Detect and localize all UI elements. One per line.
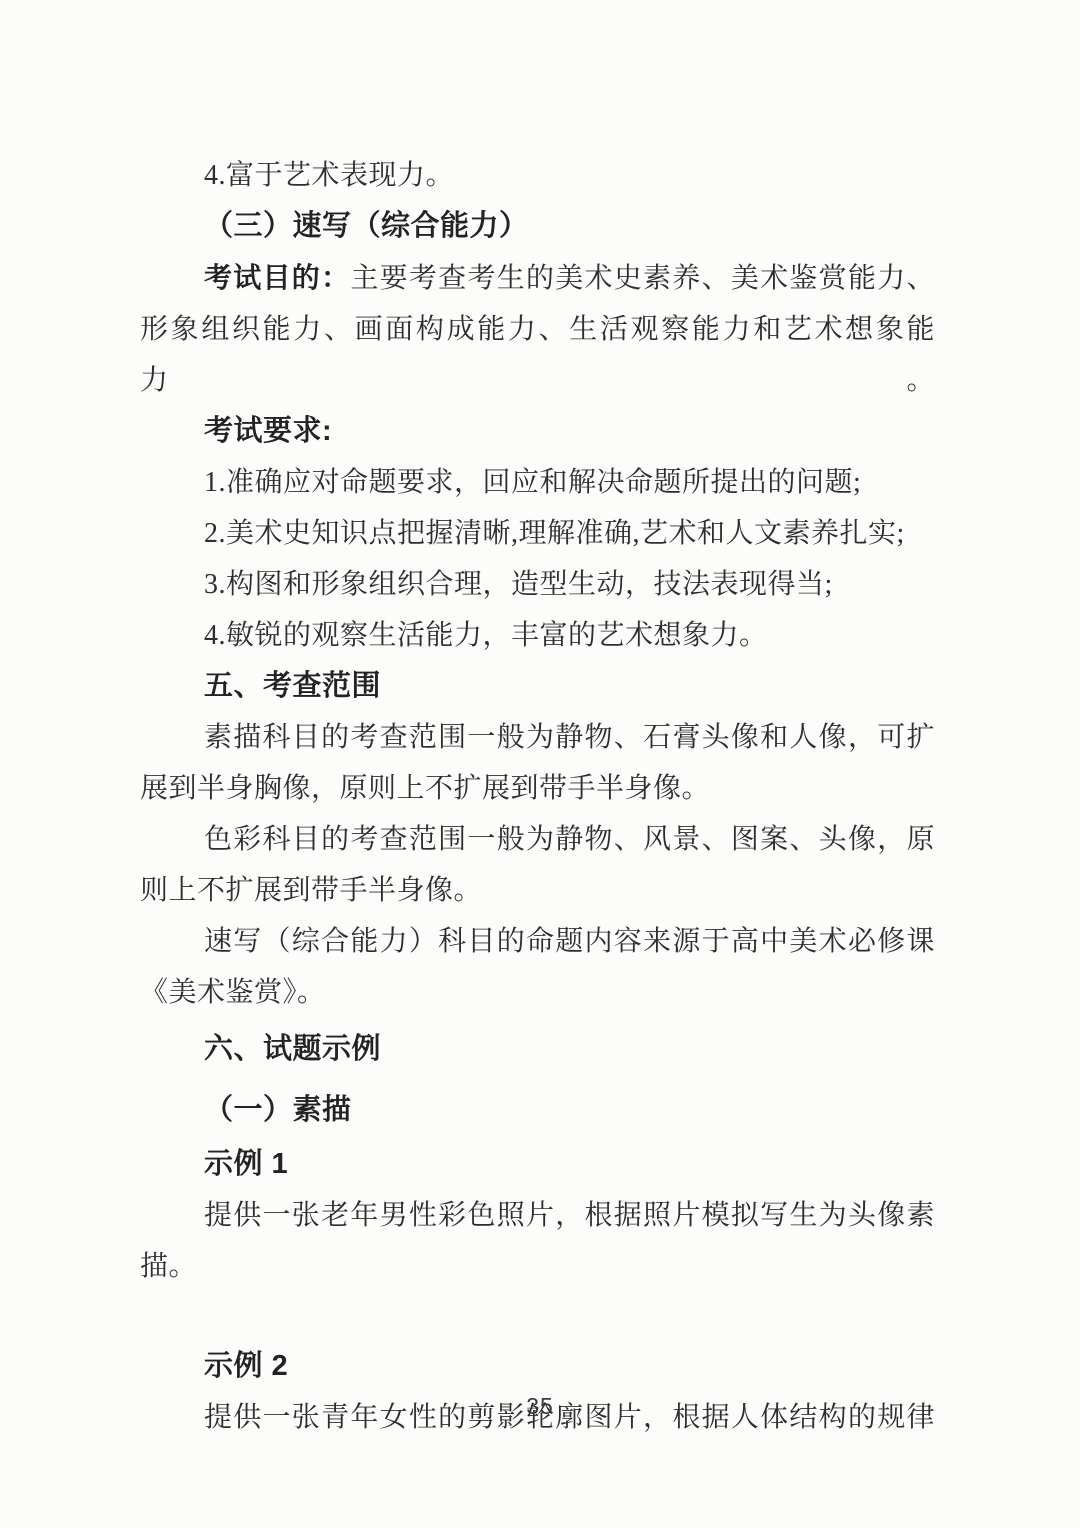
paragraph-exam-purpose-line1: 考试目的：主要考查考生的美术史素养、美术鉴赏能力、: [140, 252, 935, 304]
page-number: 35: [0, 1393, 1080, 1420]
requirement-item-4: 4.敏锐的观察生活能力，丰富的艺术想象力。: [140, 610, 935, 661]
document-page: 4.富于艺术表现力。 （三）速写（综合能力） 考试目的：主要考查考生的美术史素养…: [0, 0, 1080, 1528]
paragraph-suxie-line1: 速写（综合能力）科目的命题内容来源于高中美术必修课: [140, 916, 935, 967]
exam-purpose-label: 考试目的：: [204, 262, 350, 293]
section-heading-kaocha-fanwei: 五、考查范围: [140, 661, 935, 712]
example-1-text-line2: 描。: [140, 1241, 935, 1292]
section-heading-suxie: （三）速写（综合能力）: [140, 201, 935, 252]
requirement-item-2: 2.美术史知识点把握清晰,理解准确,艺术和人文素养扎实;: [140, 508, 935, 559]
paragraph-secai-line1: 色彩科目的考查范围一般为静物、风景、图案、头像，原: [140, 814, 935, 865]
example-1-text-line1: 提供一张老年男性彩色照片，根据照片模拟写生为头像素: [140, 1190, 935, 1241]
exam-purpose-text: 主要考查考生的美术史素养、美术鉴赏能力、: [350, 263, 935, 294]
paragraph-sumiao-line1: 素描科目的考查范围一般为静物、石膏头像和人像，可扩: [140, 712, 935, 763]
requirement-item-1: 1.准确应对命题要求，回应和解决命题所提出的问题;: [140, 457, 935, 508]
exam-requirements-heading: 考试要求:: [140, 406, 935, 457]
paragraph-secai-line2: 则上不扩展到带手半身像。: [140, 865, 935, 916]
paragraph-sumiao-line2: 展到半身胸像，原则上不扩展到带手半身像。: [140, 763, 935, 814]
subsection-heading-sumiao: （一）素描: [140, 1085, 935, 1136]
example-2-heading: 示例 2: [140, 1341, 935, 1392]
document-body: 4.富于艺术表现力。 （三）速写（综合能力） 考试目的：主要考查考生的美术史素养…: [140, 150, 935, 1443]
paragraph-exam-purpose-line2: 形象组织能力、画面构成能力、生活观察能力和艺术想象能力。: [140, 304, 935, 406]
requirement-item-3: 3.构图和形象组织合理，造型生动，技法表现得当;: [140, 559, 935, 610]
section-heading-shiti-shili: 六、试题示例: [140, 1024, 935, 1075]
list-item: 4.富于艺术表现力。: [140, 150, 935, 201]
paragraph-suxie-line2: 《美术鉴赏》。: [140, 967, 935, 1018]
example-1-heading: 示例 1: [140, 1139, 935, 1190]
